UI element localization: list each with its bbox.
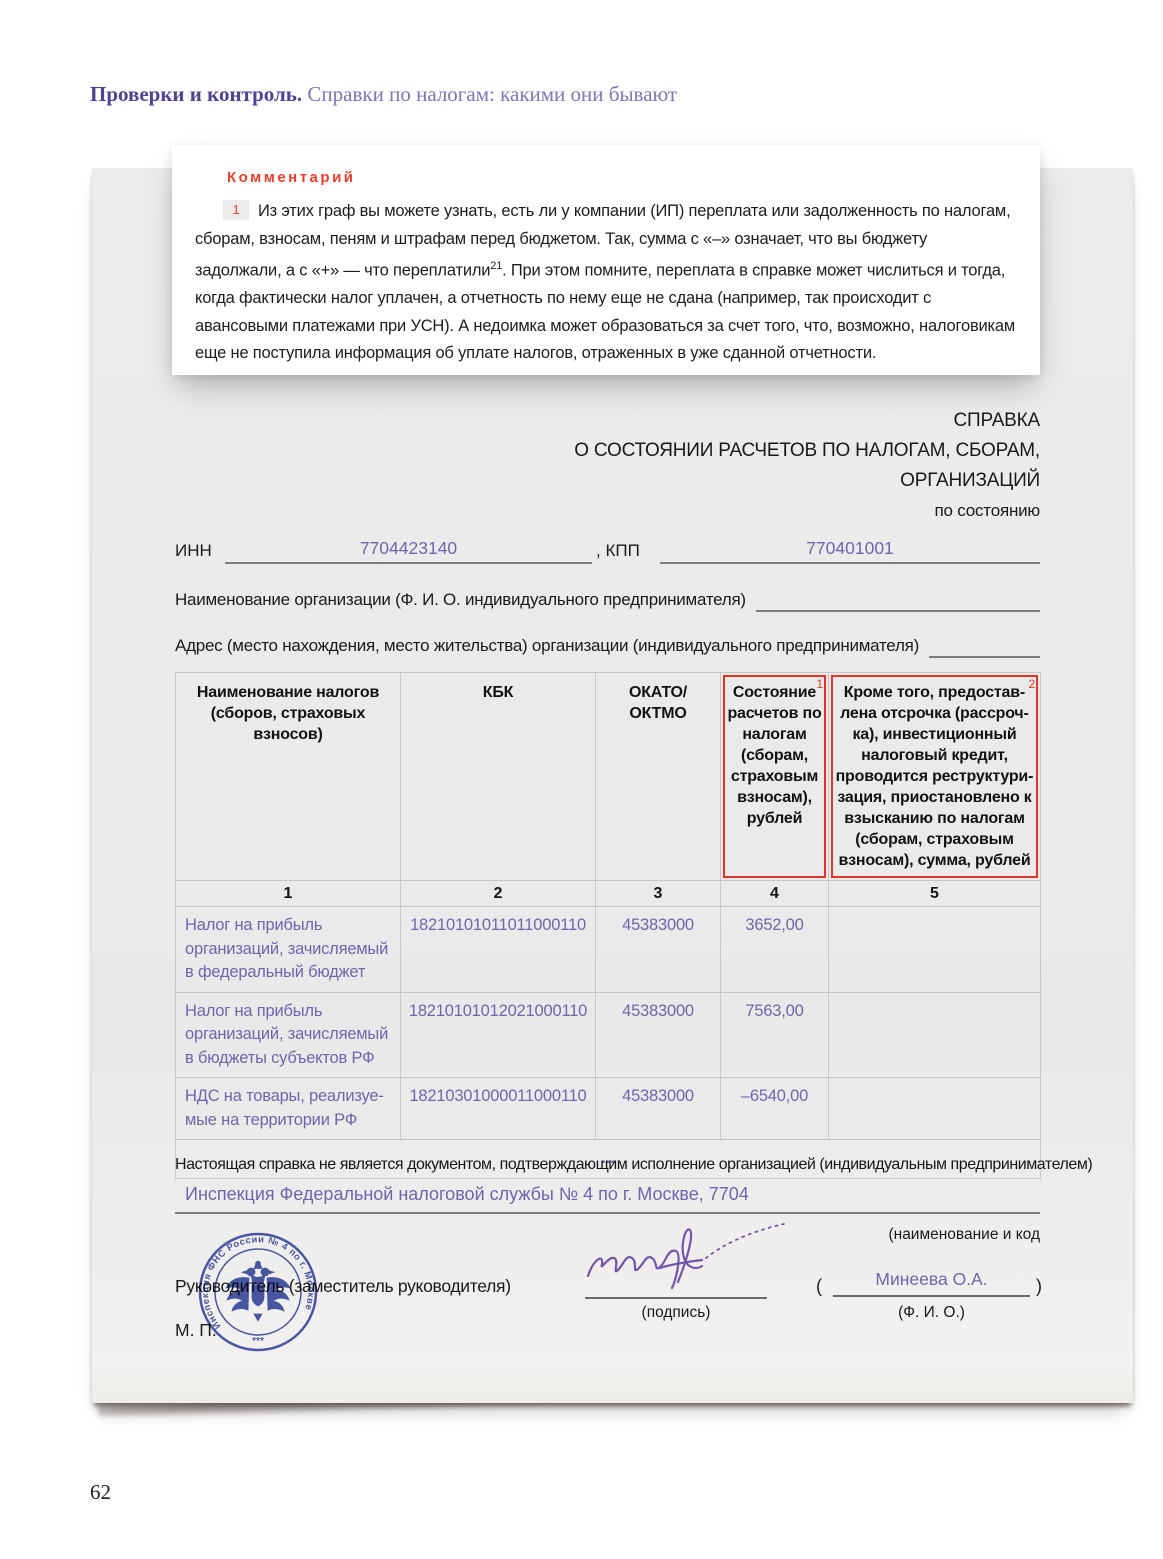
footnote-marker-1: 1 [223,200,249,220]
round-stamp: Инспекция ФНС России № 4 по г. Москве **… [196,1230,320,1354]
col-header-okato: ОКАТО/ОКТМО [596,673,721,881]
disclaimer-note: Настоящая справка не является документом… [175,1156,1040,1174]
col-header-state-text: Состояние расчетов по налогам (сборам, с… [727,684,821,827]
col-number-5: 5 [829,881,1041,907]
org-name-label: Наименование организации (Ф. И. О. индив… [175,590,756,612]
cell-deferral [829,992,1041,1078]
col-header-tax-name: Наименование налогов (сборов, страховых … [176,673,401,881]
cell-deferral [829,1078,1041,1140]
col-number-3: 3 [596,881,721,907]
title-line-1: СПРАВКА [175,406,1040,436]
org-name-row: Наименование организации (Ф. И. О. индив… [175,582,1040,612]
comment-ref-marker-1: 1 [817,678,823,690]
signature-caption: (подпись) [585,1304,767,1322]
section-title: Проверки и контроль. [90,82,302,106]
cell-state: 7563,00 [721,992,829,1078]
col-number-1: 1 [176,881,401,907]
cell-deferral [829,907,1041,993]
cell-tax-name: Налог на прибыль организаций, зачисляемы… [176,992,401,1078]
cell-okato: 45383000 [596,907,721,993]
comment-text: 1Из этих граф вы можете узнать, есть ли … [195,198,1016,368]
handwritten-signature [560,1214,830,1299]
inn-value-field: 7704423140 [225,538,592,564]
cell-kbk: 18210301000011000110 [401,1078,596,1140]
page-number: 62 [90,1480,111,1505]
title-line-2: О СОСТОЯНИИ РАСЧЕТОВ ПО НАЛОГАМ, СБОРАМ, [175,436,1040,466]
fio-paren-close: ) [1036,1276,1042,1297]
cell-kbk: 18210101012021000110 [401,992,596,1078]
table-row: Налог на прибыль организаций, зачисляемы… [176,992,1041,1078]
col-number-2: 2 [401,881,596,907]
stamp-stars: *** [252,1336,264,1347]
col-header-state: 1 Состояние расчетов по налогам (сборам,… [721,673,829,881]
tax-settlements-table: Наименование налогов (сборов, страховых … [175,672,1041,1179]
cell-kbk: 18210101011011000110 [401,907,596,993]
col-header-kbk: КБК [401,673,596,881]
cell-state: 3652,00 [721,907,829,993]
org-address-blank-field [929,634,1040,658]
cell-okato: 45383000 [596,992,721,1078]
col-header-deferral: 2 Кроме того, предостав­лена отсрочка (р… [829,673,1041,881]
col-number-4: 4 [721,881,829,907]
inn-label: ИНН [175,541,225,564]
col-header-deferral-text: Кроме того, предостав­лена отсрочка (рас… [836,684,1034,869]
cell-state: –6540,00 [721,1078,829,1140]
table-header-row: Наименование налогов (сборов, страховых … [176,673,1041,881]
title-line-4: по состоянию [175,496,1040,526]
org-address-label: Адрес (место нахождения, место жительств… [175,636,929,658]
comment-ref-marker-2: 2 [1029,678,1035,690]
org-address-row: Адрес (место нахождения, место жительств… [175,628,1040,658]
org-name-blank-field [756,588,1040,612]
cell-okato: 45383000 [596,1078,721,1140]
kpp-label: , КПП [592,541,660,564]
title-line-3: ОРГАНИЗАЦИЙ [175,466,1040,496]
inn-kpp-row: ИНН 7704423140 , КПП 770401001 [175,534,1040,564]
inspection-name-field: Инспекция Федеральной налоговой службы №… [175,1184,1040,1214]
fio-caption: (Ф. И. О.) [833,1304,1030,1322]
footnote-ref-21: 21 [490,260,502,272]
column-numbers-row: 1 2 3 4 5 [176,881,1041,907]
page-header: Проверки и контроль. Справки по налогам:… [90,82,677,107]
cell-tax-name: НДС на товары, реализуе­мые на территори… [176,1078,401,1140]
article-title: Справки по налогам: какими они бывают [302,82,677,106]
table-row: Налог на прибыль организаций, зачисляемы… [176,907,1041,993]
double-eagle-emblem [226,1261,290,1321]
comment-title: Комментарий [227,169,1016,186]
table-row: НДС на товары, реализуе­мые на территори… [176,1078,1041,1140]
certificate-title: СПРАВКА О СОСТОЯНИИ РАСЧЕТОВ ПО НАЛОГАМ,… [175,406,1040,526]
kpp-value-field: 770401001 [660,538,1040,564]
fio-value-field: Минеева О.А. [833,1269,1030,1297]
cell-tax-name: Налог на прибыль организаций, зачисляемы… [176,907,401,993]
comment-box: Комментарий 1Из этих граф вы можете узна… [172,145,1040,375]
